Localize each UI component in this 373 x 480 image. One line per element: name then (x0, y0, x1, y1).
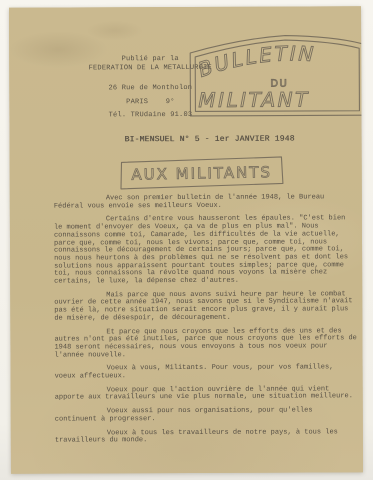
issue-line: BI-MENSUEL N° 5 - 1er JANVIER 1948 (70, 134, 350, 144)
paragraph: Voeux à tous les travailleurs de notre p… (55, 429, 359, 446)
document-page: Publié par la FEDERATION DE LA METALLURG… (9, 6, 363, 474)
scan-background: Publié par la FEDERATION DE LA METALLURG… (0, 0, 373, 480)
banner-word-militant: MILITANT (198, 87, 310, 111)
paragraph: Mais parce que nous avons suivi heure pa… (54, 291, 358, 323)
paragraph: Voeux pour que l'action ouvrière de l'an… (55, 386, 359, 403)
paragraph: Voeux aussi pour nos organisations, pour… (55, 407, 359, 424)
section-title-box: AUX MILITANTS (117, 152, 286, 193)
body-text: Avec son premier bulletin de l'année 194… (54, 194, 359, 451)
section-title: AUX MILITANTS (131, 163, 272, 184)
paragraph: Voeux à vous, Militants. Pour vous, pour… (55, 365, 359, 382)
paragraph: Avec son premier bulletin de l'année 194… (54, 194, 358, 211)
paragraph: Certains d'entre vous hausseront les épa… (54, 216, 358, 287)
masthead-banner: BULLETIN DU MILITANT (185, 30, 363, 121)
paragraph: Et parce que nous croyons que les effort… (54, 328, 358, 360)
